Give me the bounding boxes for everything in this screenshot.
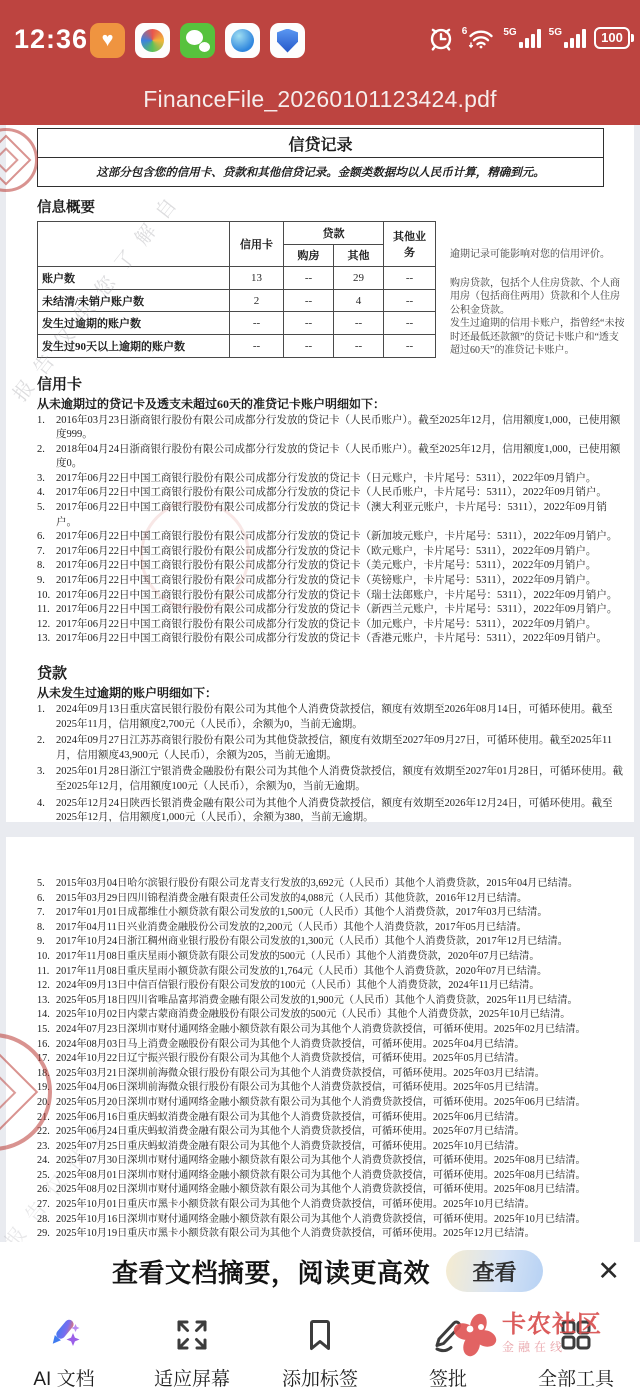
loan-item: 23.2025年07月25日重庆蚂蚁消费金融有限公司为其他个人消费贷款授信，可循… (37, 1140, 626, 1155)
tool-label: 签批 (429, 1364, 467, 1391)
loan-item: 1.2024年09月13日重庆富民银行股份有限公司为其他个人消费贷款授信，额度有… (37, 703, 624, 732)
shield-app-icon (270, 23, 305, 58)
credit-card-item: 3.2017年06月22日中国工商银行股份有限公司成都分行发放的贷记卡（日元账户… (37, 472, 624, 487)
bookmark-icon (302, 1316, 338, 1354)
loan-item: 21.2025年06月16日重庆蚂蚁消费金融有限公司为其他个人消费贷款授信，可循… (37, 1111, 626, 1126)
signature-pen-icon (429, 1316, 467, 1354)
tool-sign[interactable]: 签批 (384, 1300, 512, 1400)
bottom-toolbar: AI 文档 适应屏幕 添加标签 签批 (0, 1300, 640, 1400)
ai-summary-banner: 查看文档摘要，阅读更高效 查看 ✕ (0, 1242, 640, 1300)
signal-bars-icon-1: 5G (503, 28, 540, 48)
loan-item: 7.2017年01月01日成都维仕小额贷款有限公司发放的1,500元（人民币）其… (37, 906, 626, 921)
tool-fit-screen[interactable]: 适应屏幕 (128, 1300, 256, 1400)
col-credit-card: 信用卡 (230, 222, 284, 267)
table-row: 未结清/未销户账户数 2 -- 4 -- (38, 289, 436, 312)
ai-pen-icon (45, 1316, 83, 1354)
banner-text: 查看文档摘要，阅读更高效 (112, 1253, 430, 1290)
loan-item: 18.2025年03月21日深圳前海微众银行股份有限公司为其他个人消费贷款授信，… (37, 1067, 626, 1082)
pinwheel-app-icon (135, 23, 170, 58)
credit-card-item: 9.2017年06月22日中国工商银行股份有限公司成都分行发放的贷记卡（英镑账户… (37, 574, 624, 589)
loan-item: 8.2017年04月11日兴业消费金融股份公司发放的2,200元（人民币）其他个… (37, 921, 626, 936)
pdf-scroll-area[interactable]: 信贷记录 这部分包含您的信用卡、贷款和其他信贷记录。金额类数据均以人民币计算，精… (0, 125, 640, 1242)
credit-card-item: 8.2017年06月22日中国工商银行股份有限公司成都分行发放的贷记卡（美元账户… (37, 559, 624, 574)
loan-item: 22.2025年06月24日重庆蚂蚁消费金融有限公司为其他个人消费贷款授信，可循… (37, 1125, 626, 1140)
loan-item: 16.2024年08月03日马上消费金融股份有限公司为其他个人消费贷款授信，可循… (37, 1038, 626, 1053)
credit-card-item: 1.2016年03月23日浙商银行股份有限公司成都分行发放的贷记卡（人民币账户）… (37, 414, 624, 443)
summary-note: 购房贷款，包括个人住房贷款、个人商用房（包括商住两用）贷款和个人住房公积金贷款。 (450, 277, 626, 318)
credit-card-item: 13.2017年06月22日中国工商银行股份有限公司成都分行发放的贷记卡（香港元… (37, 632, 624, 647)
status-time: 12:36 (14, 24, 88, 55)
loan-item: 10.2017年11月08日重庆星雨小额贷款有限公司发放的500元（人民币）其他… (37, 950, 626, 965)
report-header-box: 信贷记录 这部分包含您的信用卡、贷款和其他信贷记录。金额类数据均以人民币计算，精… (37, 128, 604, 187)
loan-item: 3.2025年01月28日浙江宁银消费金融股份有限公司为其他个人消费贷款授信，额… (37, 765, 624, 794)
loan-item: 12.2024年09月13日中信百信银行股份有限公司发放的100元（人民币）其他… (37, 979, 626, 994)
tool-all-tools[interactable]: 全部工具 (512, 1300, 640, 1400)
notification-app-icons: ♥ (90, 23, 305, 58)
loan-item: 13.2025年05月18日四川省唯品富邦消费金融有限公司发放的1,900元（人… (37, 994, 626, 1009)
report-subtitle: 这部分包含您的信用卡、贷款和其他信贷记录。金额类数据均以人民币计算，精确到元。 (38, 158, 603, 186)
system-header: 12:36 ♥ 6 5G 5G (0, 0, 640, 125)
view-summary-button[interactable]: 查看 (446, 1250, 543, 1292)
loan-item: 27.2025年10月01日重庆市黑卡小额贷款有限公司为其他个人消费贷款授信，可… (37, 1198, 626, 1213)
expand-arrows-icon (174, 1316, 210, 1354)
status-icons: 6 5G 5G 100 (428, 25, 630, 51)
signal-bars-icon-2: 5G (549, 28, 586, 48)
credit-card-item: 2.2018年04月24日浙商银行股份有限公司成都分行发放的贷记卡（人民币账户）… (37, 443, 624, 472)
summary-table-body: 账户数 13 -- 29 -- 未结清/未销户账户数 2 -- 4 -- (38, 267, 436, 357)
alarm-clock-icon (428, 25, 454, 51)
loan-item: 9.2017年10月24日浙江稠州商业银行股份有限公司发放的1,300元（人民币… (37, 935, 626, 950)
credit-card-item: 6.2017年06月22日中国工商银行股份有限公司成都分行发放的贷记卡（新加坡元… (37, 530, 624, 545)
loan-item: 4.2025年12月24日陕西长银消费金融有限公司为其他个人消费贷款授信，额度有… (37, 797, 624, 822)
heart-app-icon: ♥ (90, 23, 125, 58)
loan-item: 19.2025年04月06日深圳前海微众银行股份有限公司为其他个人消费贷款授信，… (37, 1081, 626, 1096)
wechat-app-icon (180, 23, 215, 58)
loan-item: 11.2017年11月08日重庆星雨小额贷款有限公司发放的1,764元（人民币）… (37, 965, 626, 980)
loan-item: 29.2025年10月19日重庆市黑卡小额贷款有限公司为其他个人消费贷款授信，可… (37, 1227, 626, 1242)
credit-card-item: 5.2017年06月22日中国工商银行股份有限公司成都分行发放的贷记卡（澳大利亚… (37, 501, 624, 530)
tool-label: 添加标签 (282, 1364, 358, 1391)
loans-list-continued: 5.2015年03月04日哈尔滨银行股份有限公司龙青支行发放的3,692元（人民… (37, 877, 626, 1242)
col-loan: 贷款 (284, 222, 384, 245)
close-icon[interactable]: ✕ (597, 1258, 620, 1285)
summary-table: 信用卡 贷款 其他业务 购房 其他 账户数 13 - (37, 221, 436, 358)
loan-item: 14.2025年10月02日内蒙古蒙商消费金融股份有限公司发放的500元（人民币… (37, 1008, 626, 1023)
summary-note: 发生过逾期的信用卡账户，指曾经“未按时还最低还款额”的贷记卡账户和“透支超过60… (450, 317, 626, 358)
tool-label: AI 文档 (33, 1364, 94, 1391)
credit-card-item: 4.2017年06月22日中国工商银行股份有限公司成都分行发放的贷记卡（人民币账… (37, 486, 624, 501)
loan-item: 2.2024年09月27日江苏苏商银行股份有限公司为其他贷款授信，额度有效期至2… (37, 734, 624, 763)
summary-notes: 逾期记录可能影响对您的信用评价。购房贷款，包括个人住房贷款、个人商用房（包括商住… (450, 221, 626, 358)
loans-intro: 从未发生过逾期的账户明细如下： (37, 684, 634, 701)
tool-label: 全部工具 (538, 1364, 614, 1391)
loan-item: 20.2025年05月20日深圳市财付通网络金融小额贷款有限公司为其他个人消费贷… (37, 1096, 626, 1111)
table-row: 发生过逾期的账户数 -- -- -- -- (38, 312, 436, 335)
loans-list: 1.2024年09月13日重庆富民银行股份有限公司为其他个人消费贷款授信，额度有… (37, 703, 624, 822)
summary-section: 信用卡 贷款 其他业务 购房 其他 账户数 13 - (37, 221, 634, 358)
loan-item: 24.2025年07月30日深圳市财付通网络金融小额贷款有限公司为其他个人消费贷… (37, 1154, 626, 1169)
credit-card-item: 7.2017年06月22日中国工商银行股份有限公司成都分行发放的贷记卡（欧元账户… (37, 545, 624, 560)
credit-card-intro: 从未逾期过的贷记卡及透支未超过60天的准贷记卡账户明细如下： (37, 395, 634, 412)
credit-card-item: 12.2017年06月22日中国工商银行股份有限公司成都分行发放的贷记卡（加元账… (37, 618, 624, 633)
blue-swirl-app-icon (225, 23, 260, 58)
pdf-page-2: 5.2015年03月04日哈尔滨银行股份有限公司龙青支行发放的3,692元（人民… (6, 837, 634, 1242)
grid-icon (558, 1316, 594, 1354)
loan-item: 15.2024年07月23日深圳市财付通网络金融小额贷款有限公司为其他个人消费贷… (37, 1023, 626, 1038)
tool-add-bookmark[interactable]: 添加标签 (256, 1300, 384, 1400)
loan-item: 6.2015年03月29日四川锦程消费金融有限责任公司发放的4,088元（人民币… (37, 892, 626, 907)
report-title: 信贷记录 (38, 129, 603, 158)
pdf-page-1: 信贷记录 这部分包含您的信用卡、贷款和其他信贷记录。金额类数据均以人民币计算，精… (6, 125, 634, 822)
credit-card-item: 11.2017年06月22日中国工商银行股份有限公司成都分行发放的贷记卡（新西兰… (37, 603, 624, 618)
credit-card-list: 1.2016年03月23日浙商银行股份有限公司成都分行发放的贷记卡（人民币账户）… (37, 414, 624, 648)
col-loan-house: 购房 (284, 244, 334, 267)
tool-ai-document[interactable]: AI 文档 (0, 1300, 128, 1400)
table-row: 发生过90天以上逾期的账户数 -- -- -- -- (38, 334, 436, 357)
loan-item: 25.2025年08月01日深圳市财付通网络金融小额贷款有限公司为其他个人消费贷… (37, 1169, 626, 1184)
wifi-icon: 6 (462, 26, 496, 50)
loan-item: 26.2025年08月02日深圳市财付通网络金融小额贷款有限公司为其他个人消费贷… (37, 1183, 626, 1198)
battery-icon: 100 (594, 27, 630, 49)
pdf-filename-title: FinanceFile_20260101123424.pdf (0, 86, 640, 113)
loan-item: 5.2015年03月04日哈尔滨银行股份有限公司龙青支行发放的3,692元（人民… (37, 877, 626, 892)
col-other-business: 其他业务 (384, 222, 436, 267)
tool-label: 适应屏幕 (154, 1364, 230, 1391)
credit-card-item: 10.2017年06月22日中国工商银行股份有限公司成都分行发放的贷记卡（瑞士法… (37, 589, 624, 604)
credit-card-heading: 信用卡 (37, 373, 634, 394)
table-row: 账户数 13 -- 29 -- (38, 267, 436, 290)
loans-heading: 贷款 (37, 662, 634, 683)
summary-heading: 信息概要 (37, 196, 634, 217)
loan-item: 17.2024年10月22日辽宁振兴银行股份有限公司为其他个人消费贷款授信，可循… (37, 1052, 626, 1067)
loan-item: 28.2025年10月16日深圳市财付通网络金融小额贷款有限公司为其他个人消费贷… (37, 1213, 626, 1228)
col-loan-other: 其他 (334, 244, 384, 267)
summary-note: 逾期记录可能影响对您的信用评价。 (450, 248, 626, 262)
